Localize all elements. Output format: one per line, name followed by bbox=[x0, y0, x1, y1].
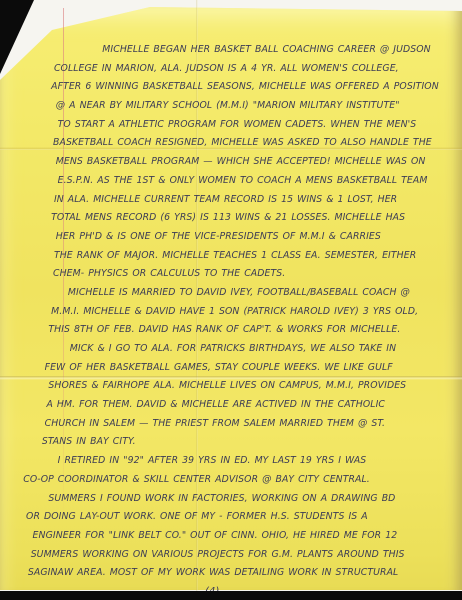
letter-line: MENS BASKETBALL PROGRAM — WHICH SHE ACCE… bbox=[0, 153, 430, 172]
letter-line: MICK & I GO TO ALA. FOR PATRICKS BIRTHDA… bbox=[0, 340, 430, 359]
letter-line: CO-OP COORDINATOR & SKILL CENTER ADVISOR… bbox=[0, 471, 430, 490]
letter-line: THE RANK OF MAJOR. MICHELLE TEACHES 1 CL… bbox=[0, 247, 430, 266]
handwritten-letter-body: MICHELLE BEGAN HER BASKET BALL COACHING … bbox=[0, 41, 462, 600]
letter-line: MICHELLE BEGAN HER BASKET BALL COACHING … bbox=[0, 41, 430, 60]
letter-line: OR DOING LAY-OUT WORK. ONE OF MY - FORME… bbox=[0, 508, 430, 527]
letter-line: MICHELLE IS MARRIED TO DAVID IVEY, FOOTB… bbox=[0, 284, 430, 303]
scan-bottom-edge bbox=[0, 591, 462, 600]
letter-line: I RETIRED IN "92" AFTER 39 YRS IN ED. MY… bbox=[0, 452, 430, 471]
letter-line: IN ALA. MICHELLE CURRENT TEAM RECORD IS … bbox=[0, 191, 430, 210]
letter-line: THIS 8TH OF FEB. DAVID HAS RANK OF CAP'T… bbox=[0, 321, 430, 340]
letter-line: @ A NEAR BY MILITARY SCHOOL (M.M.I) "MAR… bbox=[0, 97, 430, 116]
scanned-letter-page: MICHELLE BEGAN HER BASKET BALL COACHING … bbox=[0, 0, 462, 600]
letter-line: FEW OF HER BASKETBALL GAMES, STAY COUPLE… bbox=[0, 359, 430, 378]
letter-line: CHURCH IN SALEM — THE PRIEST FROM SALEM … bbox=[0, 415, 430, 434]
letter-line: SUMMERS I FOUND WORK IN FACTORIES, WORKI… bbox=[0, 490, 430, 509]
letter-line: AFTER 6 WINNING BASKETBALL SEASONS, MICH… bbox=[0, 78, 430, 97]
letter-line: M.M.I. MICHELLE & DAVID HAVE 1 SON (PATR… bbox=[0, 303, 430, 322]
letter-line: TOTAL MENS RECORD (6 YRS) IS 113 WINS & … bbox=[0, 209, 430, 228]
letter-line: A HM. FOR THEM. DAVID & MICHELLE ARE ACT… bbox=[0, 396, 430, 415]
letter-line: E.S.P.N. AS THE 1ST & ONLY WOMEN TO COAC… bbox=[0, 172, 430, 191]
letter-line: HER PH'D & IS ONE OF THE VICE-PRESIDENTS… bbox=[0, 228, 430, 247]
letter-line: SAGINAW AREA. MOST OF MY WORK WAS DETAIL… bbox=[0, 564, 430, 583]
letter-line: SUMMERS WORKING ON VARIOUS PROJECTS FOR … bbox=[0, 546, 430, 565]
letter-line: CHEM- PHYSICS OR CALCULUS TO THE CADETS. bbox=[0, 265, 430, 284]
letter-line: SHORES & FAIRHOPE ALA. MICHELLE LIVES ON… bbox=[0, 377, 430, 396]
letter-line: BASKETBALL COACH RESIGNED, MICHELLE WAS … bbox=[0, 134, 430, 153]
letter-line: ENGINEER FOR "LINK BELT CO." OUT OF CINN… bbox=[0, 527, 430, 546]
letter-line: COLLEGE IN MARION, ALA. JUDSON IS A 4 YR… bbox=[0, 60, 430, 79]
letter-line: STANS IN BAY CITY. bbox=[0, 433, 430, 452]
letter-line: TO START A ATHLETIC PROGRAM FOR WOMEN CA… bbox=[0, 116, 430, 135]
